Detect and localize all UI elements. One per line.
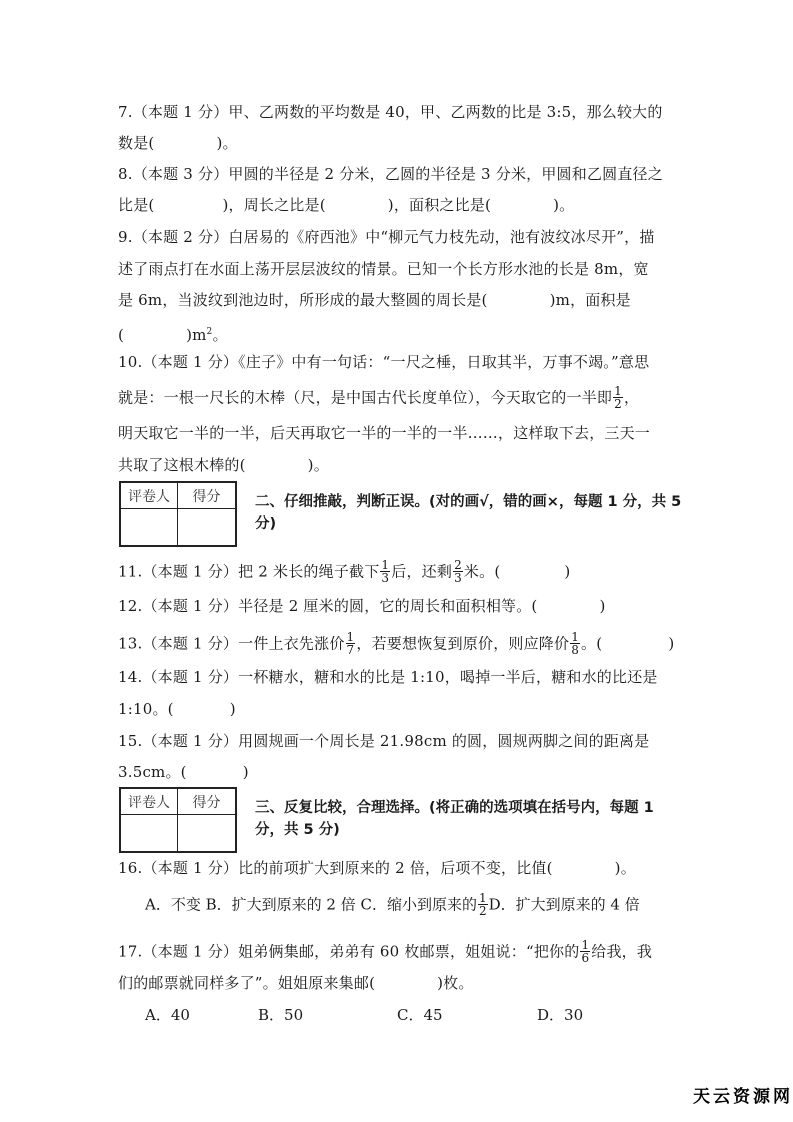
q9-text-e: 。 [212,326,227,344]
q17-option-d[interactable]: D．30 [537,1005,583,1025]
q8-text-a: 比是( [118,196,154,214]
q10-line4: 共取了这根木棒的()。 [118,455,680,475]
q8-line2: 比是()，周长之比是()，面积之比是()。 [118,195,680,215]
q9-text-a: 是 6m，当波纹到池边时，所形成的最大整圆的周长是( [118,291,488,309]
q17-text-d: )枚。 [437,974,473,992]
q13-text-b: ，若要想恢复到原价，则应降价 [356,635,569,653]
score-header: 得分 [178,789,235,815]
q10-line3: 明天取它一半的一半，后天再取它一半的一半的一半……，这样取下去，三天一 [118,423,680,443]
q9-text-b: )m，面积是 [550,291,631,309]
q7-text-end: )。 [216,134,237,152]
q9-text-c: ( [118,326,124,344]
q7-line1: 7.（本题 1 分）甲、乙两数的平均数是 40，甲、乙两数的比是 3:5，那么较… [118,102,680,122]
q14-line1: 14.（本题 1 分）一杯糖水，糖和水的比是 1:10，喝掉一半后，糖和水的比还… [118,667,680,687]
grader-header: 评卷人 [121,789,178,815]
q14-text-a: 1:10。( [118,700,174,718]
score-cell[interactable] [178,815,235,851]
q16-line1: 16.（本题 1 分）比的前项扩大到原来的 2 倍，后项不变，比值()。 [118,858,680,878]
q12-text-b: ) [599,597,605,615]
q16-options: A．不变 B．扩大到原来的 2 倍 C．缩小到原来的12D．扩大到原来的 4 倍 [145,893,640,918]
q9-line4: ()m2。 [118,322,680,345]
q16-options-a-c: A．不变 B．扩大到原来的 2 倍 C．缩小到原来的 [145,896,477,914]
q11-text-c: 米。( [464,563,500,581]
q7-line2: 数是()。 [118,133,680,153]
q17-fraction: 16 [580,939,590,964]
q16-option-fraction: 12 [478,892,488,917]
q17-option-a[interactable]: A．40 [145,1005,190,1025]
q11-fraction-1: 13 [380,559,390,584]
section-3-title: 三、反复比较，合理选择。(将正确的选项填在括号内，每题 1 分，共 5 分) [255,797,685,841]
exam-page: 7.（本题 1 分）甲、乙两数的平均数是 40，甲、乙两数的比是 3:5，那么较… [0,0,793,1122]
q12-text-a: 12.（本题 1 分）半径是 2 厘米的圆，它的周长和面积相等。( [118,597,537,615]
watermark-logo: 天云资源网 [693,1082,793,1107]
q14-text-b: ) [230,700,236,718]
q11-text-d: ) [564,563,570,581]
q8-text-d: )。 [553,196,574,214]
q11-fraction-2: 23 [453,559,463,584]
q7-text: 数是( [118,134,154,152]
q17-option-c[interactable]: C．45 [397,1005,443,1025]
q16-text-a: 16.（本题 1 分）比的前项扩大到原来的 2 倍，后项不变，比值( [118,859,553,877]
q12-line: 12.（本题 1 分）半径是 2 厘米的圆，它的周长和面积相等。() [118,596,680,616]
q13-text-d: ) [668,635,674,653]
q17-text-a: 17.（本题 1 分）姐弟俩集邮，弟弟有 60 枚邮票，姐姐说：“把你的 [118,943,579,961]
q10-text-b: ， [624,389,639,407]
q15-text-a: 3.5cm。( [118,763,187,781]
q8-text-c: )，面积之比是( [388,196,491,214]
q14-line2: 1:10。() [118,699,680,719]
q8-text-b: )，周长之比是( [222,196,325,214]
q15-text-b: ) [243,763,249,781]
q17-text-c: 们的邮票就同样多了”。姐姐原来集邮( [118,974,375,992]
q9-text-d: )m [186,326,206,344]
grader-cell[interactable] [121,815,178,851]
q10-line2: 就是：一根一尺长的木棒（尺，是中国古代长度单位），今天取它的一半即12， [118,386,680,411]
q17-line2: 们的邮票就同样多了”。姐姐原来集邮()枚。 [118,973,680,993]
score-box-section-2: 评卷人 得分 [119,481,237,547]
q8-line1: 8.（本题 3 分）甲圆的半径是 2 分米，乙圆的半径是 3 分米，甲圆和乙圆直… [118,164,680,184]
q13-fraction-1: 17 [346,631,356,656]
q10-line1: 10.（本题 1 分）《庄子》中有一句话：“一尺之棰，日取其半，万事不竭。”意思 [118,352,680,372]
q13-text-a: 13.（本题 1 分）一件上衣先涨价 [118,635,345,653]
q9-line2: 述了雨点打在水面上荡开层层波纹的情景。已知一个长方形水池的长是 8m，宽 [118,259,680,279]
q13-text-c: 。( [581,635,602,653]
q15-line1: 15.（本题 1 分）用圆规画一个周长是 21.98cm 的圆，圆规两脚之间的距… [118,731,680,751]
q11-line: 11.（本题 1 分）把 2 米长的绳子截下13后，还剩23米。() [118,560,680,585]
q17-option-b[interactable]: B．50 [258,1005,303,1025]
q11-text-a: 11.（本题 1 分）把 2 米长的绳子截下 [118,563,379,581]
q10-fraction: 12 [613,385,623,410]
q10-text-a: 就是：一根一尺长的木棒（尺，是中国古代长度单位），今天取它的一半即 [118,389,612,407]
q9-line1: 9.（本题 2 分）白居易的《府西池》中“柳元气力枝先动，池有波纹冰尽开”，描 [118,227,680,247]
q11-text-b: 后，还剩 [391,563,452,581]
grader-header: 评卷人 [121,483,178,509]
q10-text-d: )。 [308,456,329,474]
q9-line3: 是 6m，当波纹到池边时，所形成的最大整圆的周长是()m，面积是 [118,290,680,310]
q16-option-d: D．扩大到原来的 4 倍 [489,896,640,914]
q15-line2: 3.5cm。() [118,762,680,782]
q13-line: 13.（本题 1 分）一件上衣先涨价17，若要想恢复到原价，则应降价18。() [118,632,680,657]
q17-line1: 17.（本题 1 分）姐弟俩集邮，弟弟有 60 枚邮票，姐姐说：“把你的16给我… [118,940,680,965]
score-header: 得分 [178,483,235,509]
score-box-section-3: 评卷人 得分 [119,787,237,853]
q10-text-c: 共取了这根木棒的( [118,456,246,474]
q17-text-b: 给我，我 [591,943,652,961]
section-2-title: 二、仔细推敲，判断正误。(对的画√，错的画×，每题 1 分，共 5 分) [255,491,685,535]
grader-cell[interactable] [121,509,178,545]
score-cell[interactable] [178,509,235,545]
q16-text-b: )。 [615,859,636,877]
q13-fraction-2: 18 [570,631,580,656]
